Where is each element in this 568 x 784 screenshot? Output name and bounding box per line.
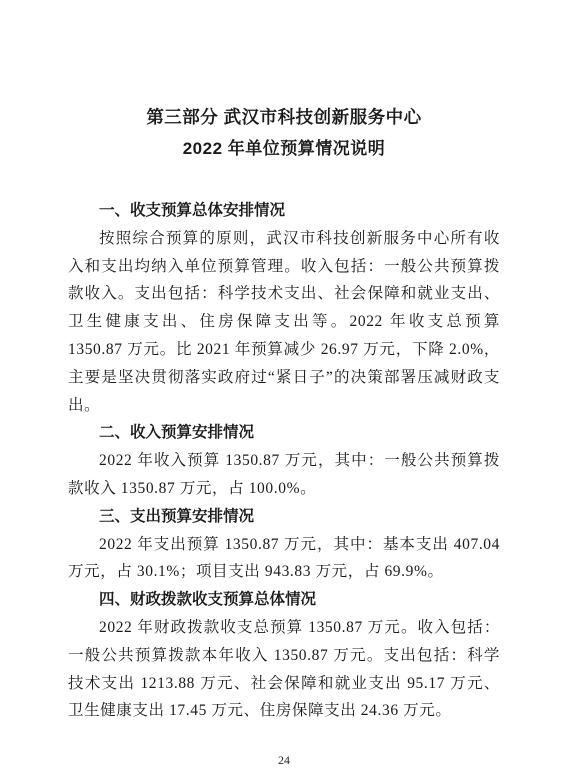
section-paragraph-1: 按照综合预算的原则，武汉市科技创新服务中心所有收入和支出均纳入单位预算管理。收入… [68, 225, 500, 420]
section-heading-4: 四、财政拨款收支预算总体情况 [68, 586, 500, 614]
document-page: 第三部分 武汉市科技创新服务中心 2022 年单位预算情况说明 一、收支预算总体… [0, 0, 568, 784]
document-title-line1: 第三部分 武汉市科技创新服务中心 [0, 101, 568, 133]
section-expenditure-budget: 三、支出预算安排情况 2022 年支出预算 1350.87 万元，其中：基本支出… [68, 503, 500, 586]
section-heading-3: 三、支出预算安排情况 [68, 503, 500, 531]
document-content: 一、收支预算总体安排情况 按照综合预算的原则，武汉市科技创新服务中心所有收入和支… [68, 197, 500, 725]
section-paragraph-3: 2022 年支出预算 1350.87 万元，其中：基本支出 407.04 万元，… [68, 531, 500, 587]
section-income-budget: 二、收入预算安排情况 2022 年收入预算 1350.87 万元，其中：一般公共… [68, 419, 500, 502]
section-paragraph-2: 2022 年收入预算 1350.87 万元，其中：一般公共预算拨款收入 1350… [68, 447, 500, 503]
section-fiscal-appropriation: 四、财政拨款收支预算总体情况 2022 年财政拨款收支总预算 1350.87 万… [68, 586, 500, 725]
section-heading-1: 一、收支预算总体安排情况 [68, 197, 500, 225]
section-heading-2: 二、收入预算安排情况 [68, 419, 500, 447]
section-overall-budget: 一、收支预算总体安排情况 按照综合预算的原则，武汉市科技创新服务中心所有收入和支… [68, 197, 500, 419]
document-title-block: 第三部分 武汉市科技创新服务中心 2022 年单位预算情况说明 [0, 0, 568, 164]
section-paragraph-4: 2022 年财政拨款收支总预算 1350.87 万元。收入包括：一般公共预算拨款… [68, 614, 500, 725]
document-title-line2: 2022 年单位预算情况说明 [0, 133, 568, 164]
page-number: 24 [0, 753, 568, 768]
